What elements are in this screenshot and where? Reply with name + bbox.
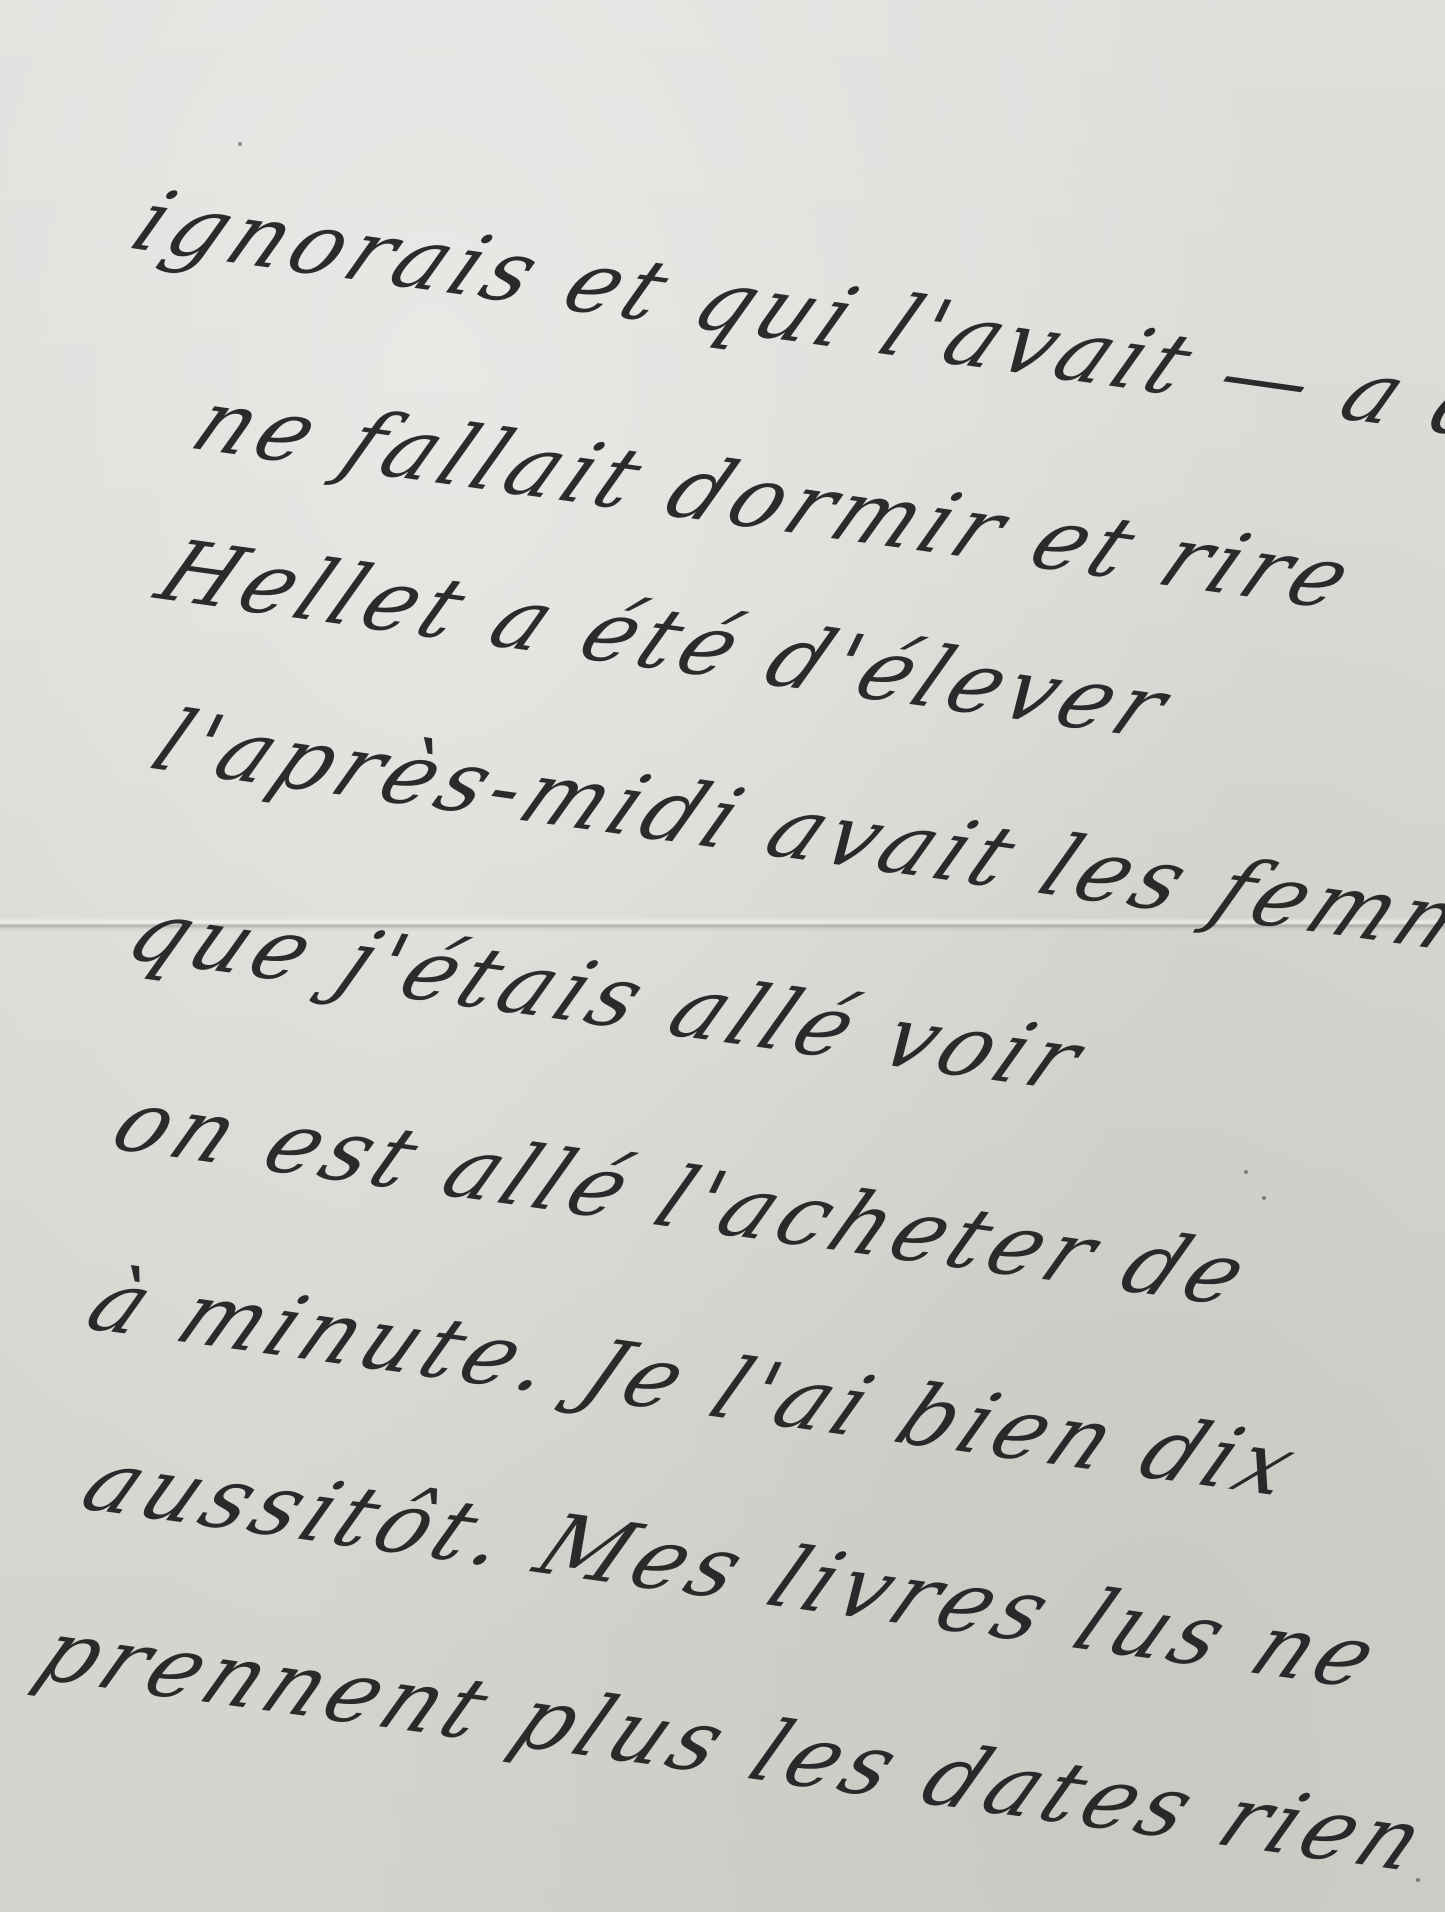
ink-speck [238,142,242,146]
ink-speck [1262,1196,1266,1200]
letter-page: ignorais et qui l'avait — a de ne fallai… [0,0,1445,1912]
ink-speck [1416,1878,1420,1882]
handwritten-line-5: que j'étais allé voir [112,883,1103,1110]
ink-speck [1244,1170,1248,1174]
